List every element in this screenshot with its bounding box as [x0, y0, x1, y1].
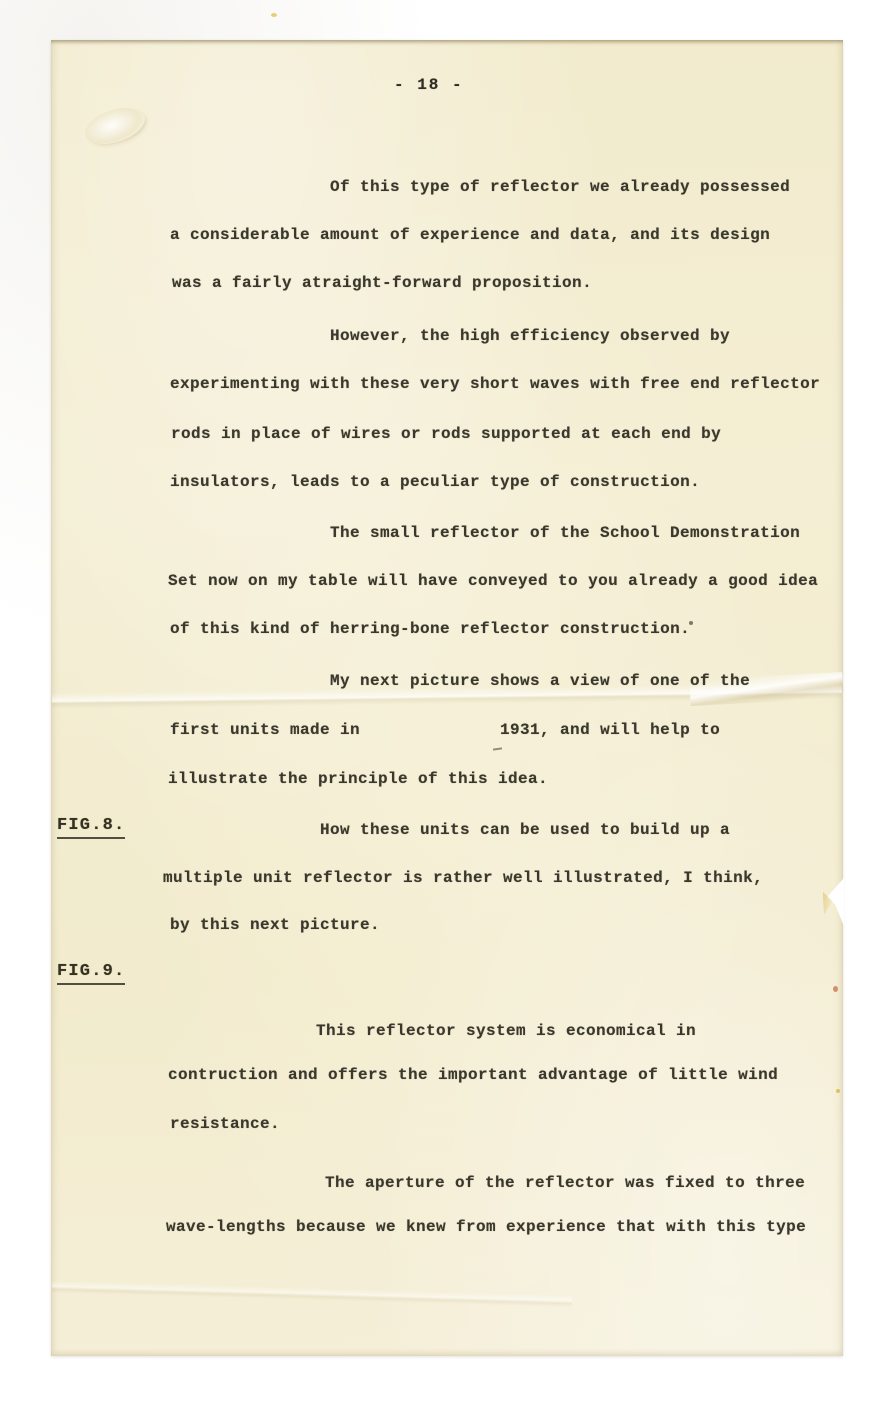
typed-line: My next picture shows a view of one of t… [330, 672, 750, 690]
typed-line: a considerable amount of experience and … [170, 226, 770, 244]
typed-line: illustrate the principle of this idea. [168, 770, 548, 788]
typed-line: Of this type of reflector we already pos… [330, 178, 790, 196]
typed-line: insulators, leads to a peculiar type of … [170, 473, 700, 491]
typed-line: by this next picture. [170, 916, 380, 934]
typed-line: Set now on my table will have conveyed t… [168, 572, 818, 590]
typed-line: resistance. [170, 1115, 280, 1133]
typed-line: The aperture of the reflector was fixed … [325, 1174, 805, 1192]
typed-line: wave-lengths because we knew from experi… [166, 1218, 806, 1236]
paper-speck [271, 13, 277, 17]
typed-line: multiple unit reflector is rather well i… [163, 869, 763, 887]
figure-label-fig9: FIG.9. [57, 962, 125, 985]
paper-speck [833, 986, 838, 992]
typed-line: However, the high efficiency observed by [330, 327, 730, 345]
typed-line: rods in place of wires or rods supported… [171, 425, 721, 443]
typed-line: How these units can be used to build up … [320, 821, 730, 839]
typed-line: The small reflector of the School Demons… [330, 524, 800, 542]
typed-line: was a fairly atraight-forward propositio… [172, 274, 592, 292]
page-number: - 18 - [394, 76, 464, 94]
paper-speck [836, 1089, 840, 1093]
typed-line: first units made in 1931, and will help … [170, 721, 720, 739]
typed-line: of this kind of herring-bone reflector c… [170, 620, 690, 638]
typed-line: contruction and offers the important adv… [168, 1066, 778, 1084]
typed-line: This reflector system is economical in [316, 1022, 696, 1040]
figure-label-fig8: FIG.8. [57, 816, 125, 839]
typed-line: experimenting with these very short wave… [170, 375, 820, 393]
